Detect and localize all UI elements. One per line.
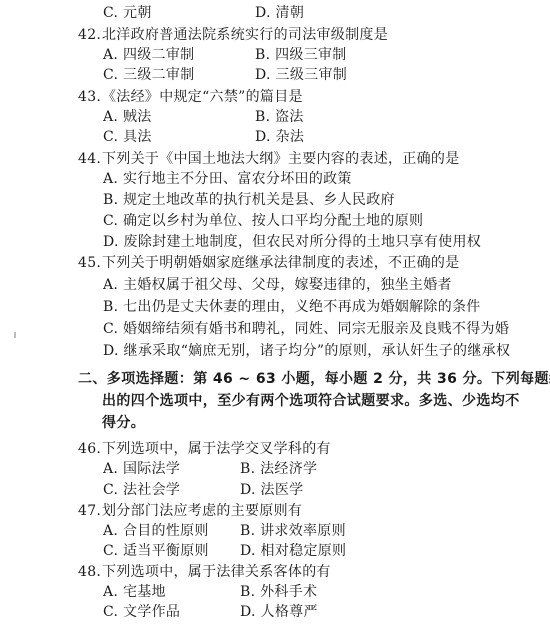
- option-b: B. 盗法: [255, 108, 304, 126]
- option-prev-d: D. 清朝: [255, 4, 304, 22]
- option-d: D. 杂法: [255, 128, 304, 146]
- option-d: D. 废除封建土地制度，但农民对所分得的土地只享有使用权: [103, 233, 481, 251]
- option-a: A. 宅基地: [103, 583, 166, 601]
- question-stem: 下列选项中，属于法律关系客体的有: [102, 563, 331, 581]
- option-b: B. 法经济学: [240, 460, 317, 478]
- option-c: C. 具法: [103, 128, 152, 146]
- section-heading-line2: 出的四个选项中，至少有两个选项符合试题要求。多选、少选均不: [102, 392, 520, 410]
- question-number: 47.: [78, 502, 101, 520]
- option-c: C. 确定以乡村为单位、按人口平均分配土地的原则: [103, 212, 423, 230]
- option-b: B. 七出仍是丈夫休妻的理由，义绝不再成为婚姻解除的条件: [103, 298, 481, 316]
- option-c: C. 三级二审制: [103, 66, 195, 84]
- question-stem: 下列关于《中国土地法大纲》主要内容的表述，正确的是: [102, 150, 460, 168]
- option-b: B. 外科手术: [240, 583, 317, 601]
- option-b: B. 讲求效率原则: [240, 522, 346, 540]
- question-number: 44.: [78, 150, 101, 168]
- option-a: A. 主婚权属于祖父母、父母，嫁娶违律的，独坐主婚者: [103, 276, 452, 294]
- option-a: A. 四级二审制: [103, 46, 194, 64]
- option-a: A. 实行地主不分田、富农分坏田的政策: [103, 170, 352, 188]
- option-c: C. 法社会学: [103, 481, 180, 499]
- question-stem: 北洋政府普通法院系统实行的司法审级制度是: [102, 26, 388, 44]
- scan-artifact: [14, 332, 16, 338]
- option-c: C. 文学作品: [103, 603, 180, 621]
- option-d: D. 法医学: [240, 481, 303, 499]
- option-b: B. 规定土地改革的执行机关是县、乡人民政府: [103, 191, 395, 209]
- option-a: A. 国际法学: [103, 460, 180, 478]
- option-c: C. 婚姻缔结须有婚书和聘礼，同姓、同宗无服亲及良贱不得为婚: [103, 320, 509, 338]
- question-stem: 下列关于明朝婚姻家庭继承法律制度的表述，不正确的是: [102, 254, 460, 272]
- option-prev-c: C. 元朝: [103, 4, 152, 22]
- question-number: 42.: [78, 26, 101, 44]
- question-stem: 《法经》中规定“六禁”的篇目是: [102, 88, 303, 106]
- option-d: D. 相对稳定原则: [240, 542, 346, 560]
- section-heading-line3: 得分。: [102, 414, 145, 432]
- question-stem: 划分部门法应考虑的主要原则有: [102, 502, 302, 520]
- option-b: B. 四级三审制: [255, 46, 347, 64]
- option-a: A. 合目的性原则: [103, 522, 209, 540]
- question-number: 43.: [78, 88, 101, 106]
- option-d: D. 三级三审制: [255, 66, 347, 84]
- question-number: 46.: [78, 440, 101, 458]
- option-d: D. 人格尊严: [240, 603, 318, 621]
- question-number: 45.: [78, 254, 101, 272]
- section-heading-line1: 二、多项选择题：第 46 ~ 63 小题，每小题 2 分，共 36 分。下列每题…: [78, 370, 550, 388]
- option-a: A. 贼法: [103, 108, 152, 126]
- question-number: 48.: [78, 563, 101, 581]
- option-d: D. 继承采取“嫡庶无别，诸子均分”的原则，承认奸生子的继承权: [103, 342, 510, 360]
- option-c: C. 适当平衡原则: [103, 542, 209, 560]
- question-stem: 下列选项中，属于法学交叉学科的有: [102, 440, 331, 458]
